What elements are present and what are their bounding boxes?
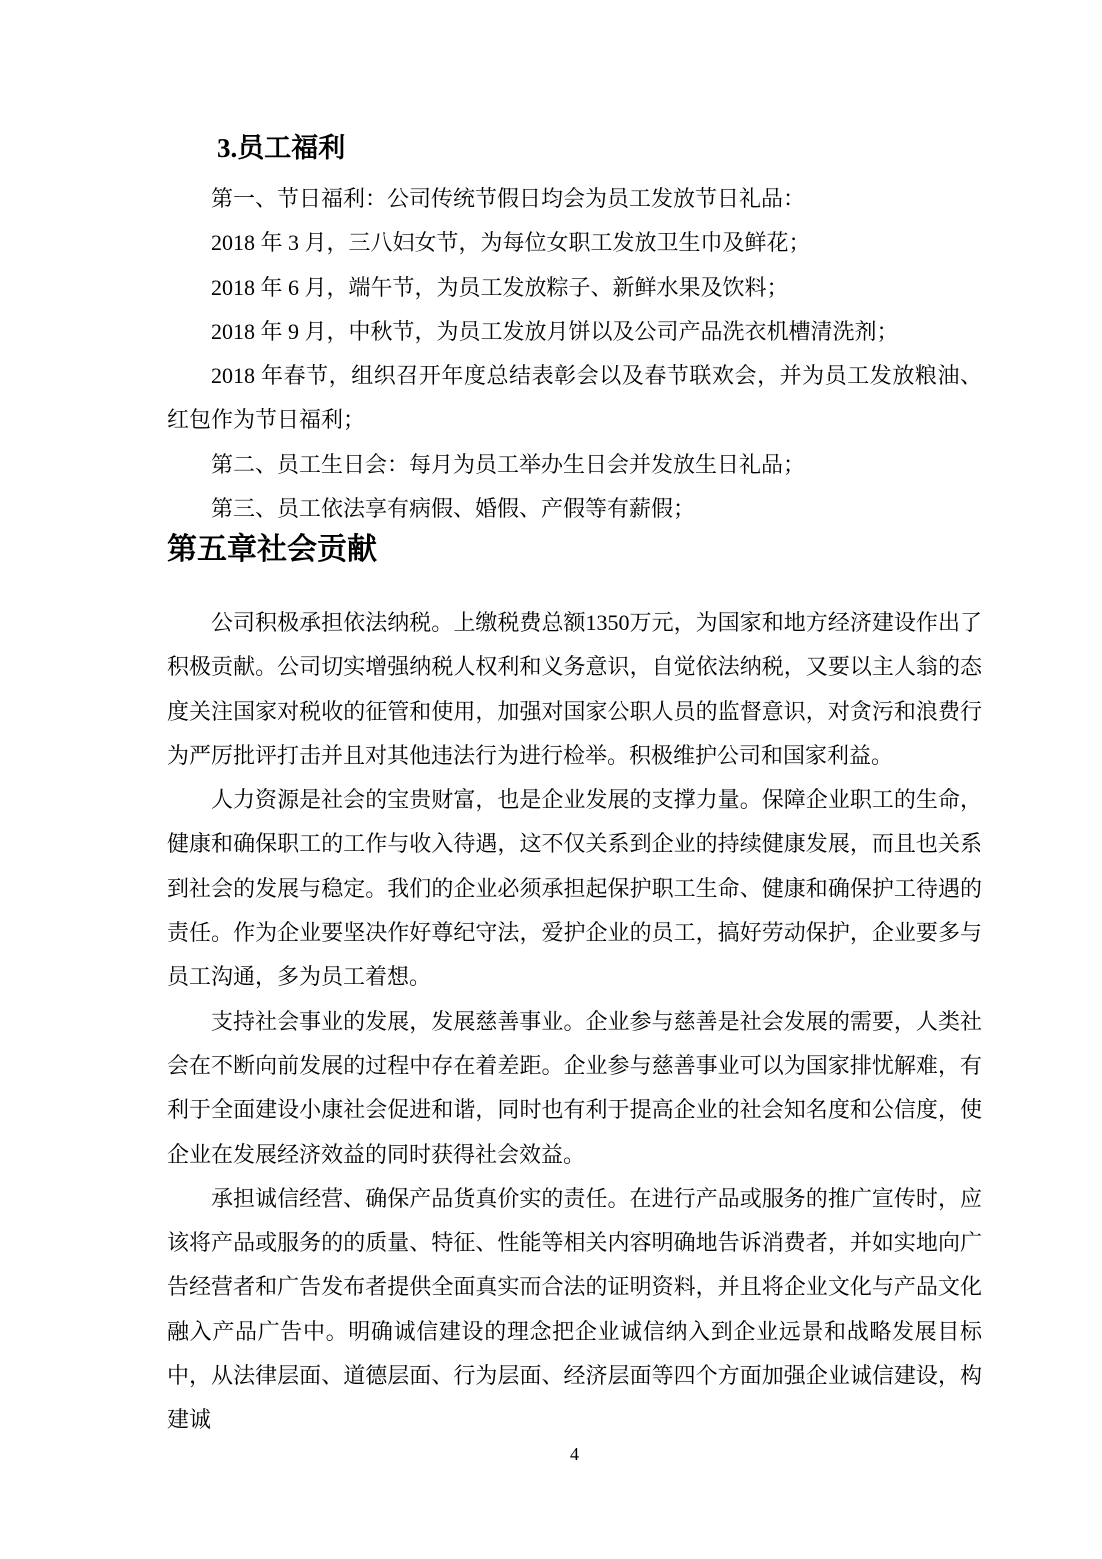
welfare-item-paid-leave: 第三、员工依法享有病假、婚假、产假等有薪假； [167,487,982,531]
document-page: 3.员工福利 第一、节日福利：公司传统节假日均会为员工发放节日礼品： 2018 … [0,0,1102,1559]
paragraph-integrity: 承担诚信经营、确保产品货真价实的责任。在进行产品或服务的推广宣传时，应该将产品或… [167,1177,982,1443]
paragraph-human-resources: 人力资源是社会的宝贵财富，也是企业发展的支撑力量。保障企业职工的生命，健康和确保… [167,778,982,999]
page-content: 3.员工福利 第一、节日福利：公司传统节假日均会为员工发放节日礼品： 2018 … [167,0,982,1559]
welfare-item-holiday-benefits: 第一、节日福利：公司传统节假日均会为员工发放节日礼品： [167,177,982,221]
welfare-item-birthday: 第二、员工生日会：每月为员工举办生日会并发放生日礼品； [167,443,982,487]
paragraph-charity: 支持社会事业的发展，发展慈善事业。企业参与慈善是社会发展的需要，人类社会在不断向… [167,1000,982,1177]
chapter-body: 公司积极承担依法纳税。上缴税费总额1350万元，为国家和地方经济建设作出了积极贡… [167,601,982,1443]
chapter-heading-social-contribution: 第五章社会贡献 [167,533,377,568]
paragraph-taxation: 公司积极承担依法纳税。上缴税费总额1350万元，为国家和地方经济建设作出了积极贡… [167,601,982,778]
welfare-item-june: 2018 年 6 月，端午节，为员工发放粽子、新鲜水果及饮料； [167,266,982,310]
welfare-list: 第一、节日福利：公司传统节假日均会为员工发放节日礼品： 2018 年 3 月，三… [167,177,982,531]
welfare-item-september: 2018 年 9 月，中秋节，为员工发放月饼以及公司产品洗衣机槽清洗剂； [167,310,982,354]
welfare-item-march: 2018 年 3 月，三八妇女节，为每位女职工发放卫生巾及鲜花； [167,221,982,265]
welfare-item-spring-festival: 2018 年春节，组织召开年度总结表彰会以及春节联欢会，并为员工发放粮油、红包作… [167,354,982,443]
section-heading-employee-welfare: 3.员工福利 [217,133,345,164]
page-number: 4 [167,1444,982,1466]
